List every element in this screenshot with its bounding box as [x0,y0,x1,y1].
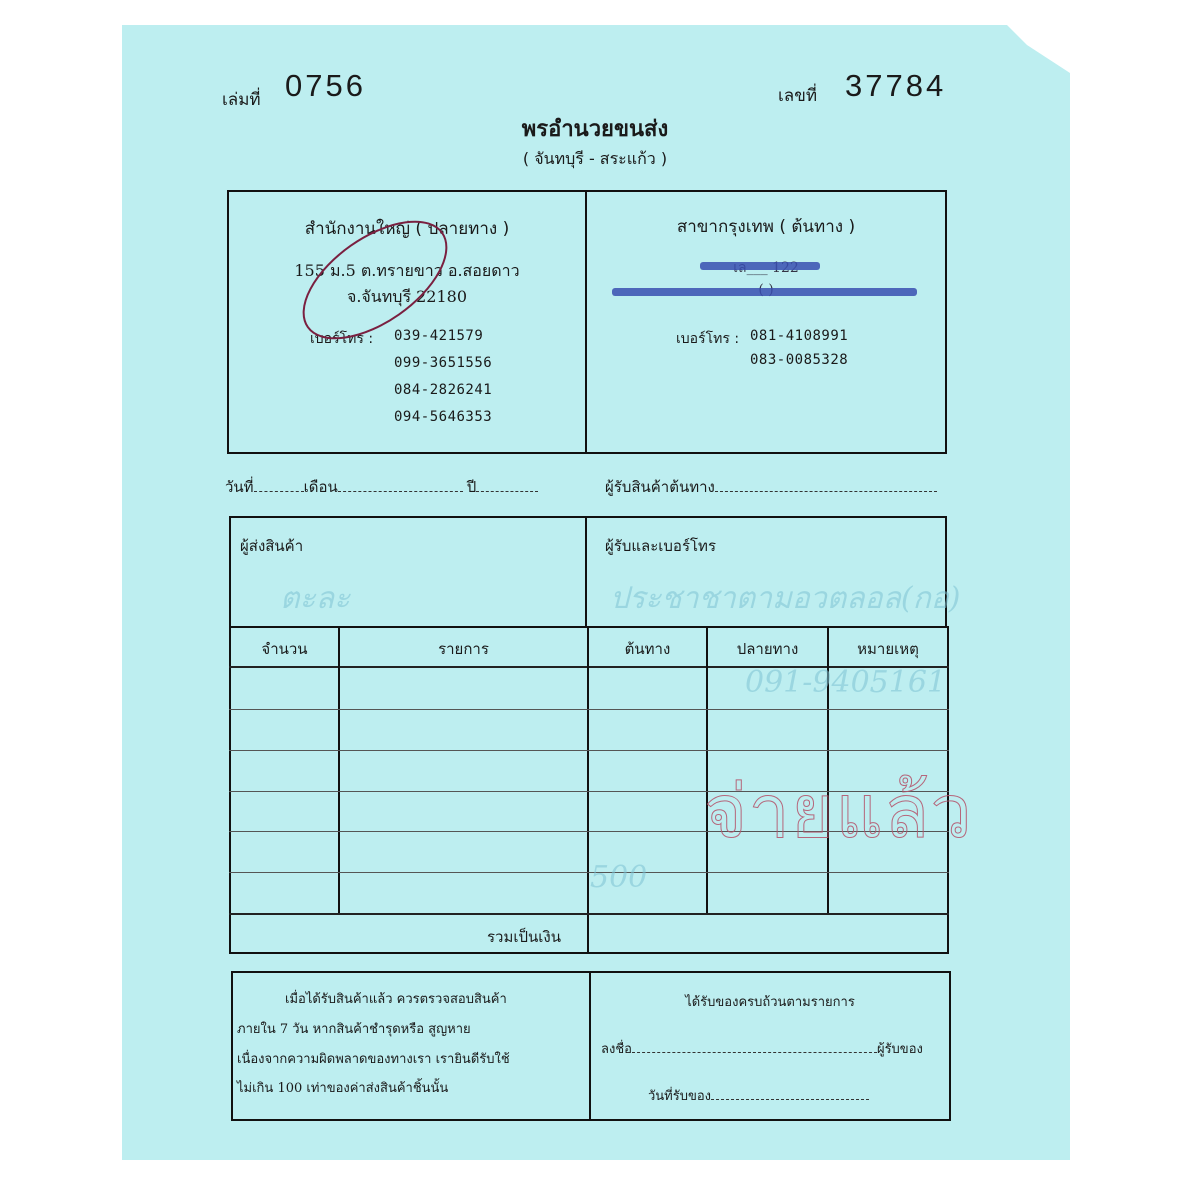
waybill-number: 37784 [845,68,946,104]
bangkok-branch-title: สาขากรุงเทพ ( ต้นทาง ) [587,213,945,240]
paid-stamp: จ่ายแล้ว [704,752,973,870]
year-label: ปี [467,478,477,496]
col-description: รายการ [340,637,587,661]
total-rule [229,913,949,915]
terms-line-4: ไม่เกิน 100 เท่าของค่าส่งสินค้าชิ้นนั้น [237,1077,448,1098]
month-label: เดือน [304,478,338,496]
bangkok-phone-2: 083-0085328 [750,352,848,368]
bangkok-phone-label: เบอร์โทร : [676,328,739,350]
sign-suffix: ผู้รับของ [877,1042,923,1057]
signature-field[interactable] [632,1052,877,1053]
total-label: รวมเป็นเงิน [487,925,561,949]
book-number: 0756 [285,68,366,104]
divider [585,516,587,628]
handwriting-bleed: ตะละ [280,575,350,622]
year-field[interactable] [476,491,538,492]
sign-row: ลงชื่อผู้รับของ [601,1038,923,1059]
month-field[interactable] [338,491,463,492]
day-field[interactable] [254,491,304,492]
col-quantity: จำนวน [231,637,338,661]
terms-line-2: ภายใน 7 วัน หากสินค้าชำรุดหรือ สูญหาย [237,1018,471,1039]
route: ( จันทบุรี - สระแก้ว ) [400,147,790,172]
handwriting-bleed: 500 [590,860,647,895]
company-name: พรอำนวยขนส่ง [400,111,790,146]
table-row[interactable] [231,709,947,750]
receive-date-field[interactable] [711,1099,869,1100]
handwriting-bleed: 091-9405161 [745,665,946,700]
terms-line-1: เมื่อได้รับสินค้าแล้ว ควรตรวจสอบสินค้า [285,988,507,1009]
bangkok-phone-1: 081-4108991 [750,328,848,344]
head-office-phone-2: 099-3651556 [394,355,492,371]
sender-label: ผู้ส่งสินค้า [240,534,303,558]
day-label: วันที่ [225,478,254,496]
redaction-mark [612,288,917,296]
receiver-label: ผู้รับและเบอร์โทร [605,534,716,558]
receipt-title: ได้รับของครบถ้วนตามรายการ [591,991,949,1012]
origin-receiver-row: ผู้รับสินค้าต้นทาง [605,475,937,499]
col-remarks: หมายเหตุ [829,637,947,661]
origin-receiver-field[interactable] [715,491,937,492]
col-origin: ต้นทาง [589,637,706,661]
col-destination: ปลายทาง [708,637,827,661]
book-label: เล่มที่ [222,86,261,113]
date-row: วันที่เดือนปี [225,475,538,499]
head-office-phone-3: 084-2826241 [394,382,492,398]
receive-date-label: วันที่รับของ [648,1089,711,1104]
handwriting-bleed: ประชาชาตามอวตลอล(กอ) [610,575,961,622]
number-label: เลขที่ [778,82,817,109]
head-office-phone-4: 094-5646353 [394,409,492,425]
handwritten-circle-mark [280,205,480,355]
sign-label: ลงชื่อ [601,1042,632,1057]
receive-date-row: วันที่รับของ [648,1085,869,1106]
terms-line-3: เนื่องจากความผิดพลาดของทางเรา เรายินดีรั… [237,1048,510,1069]
redaction-mark [700,262,820,270]
table-row[interactable] [231,872,947,913]
origin-receiver-label: ผู้รับสินค้าต้นทาง [605,478,715,496]
